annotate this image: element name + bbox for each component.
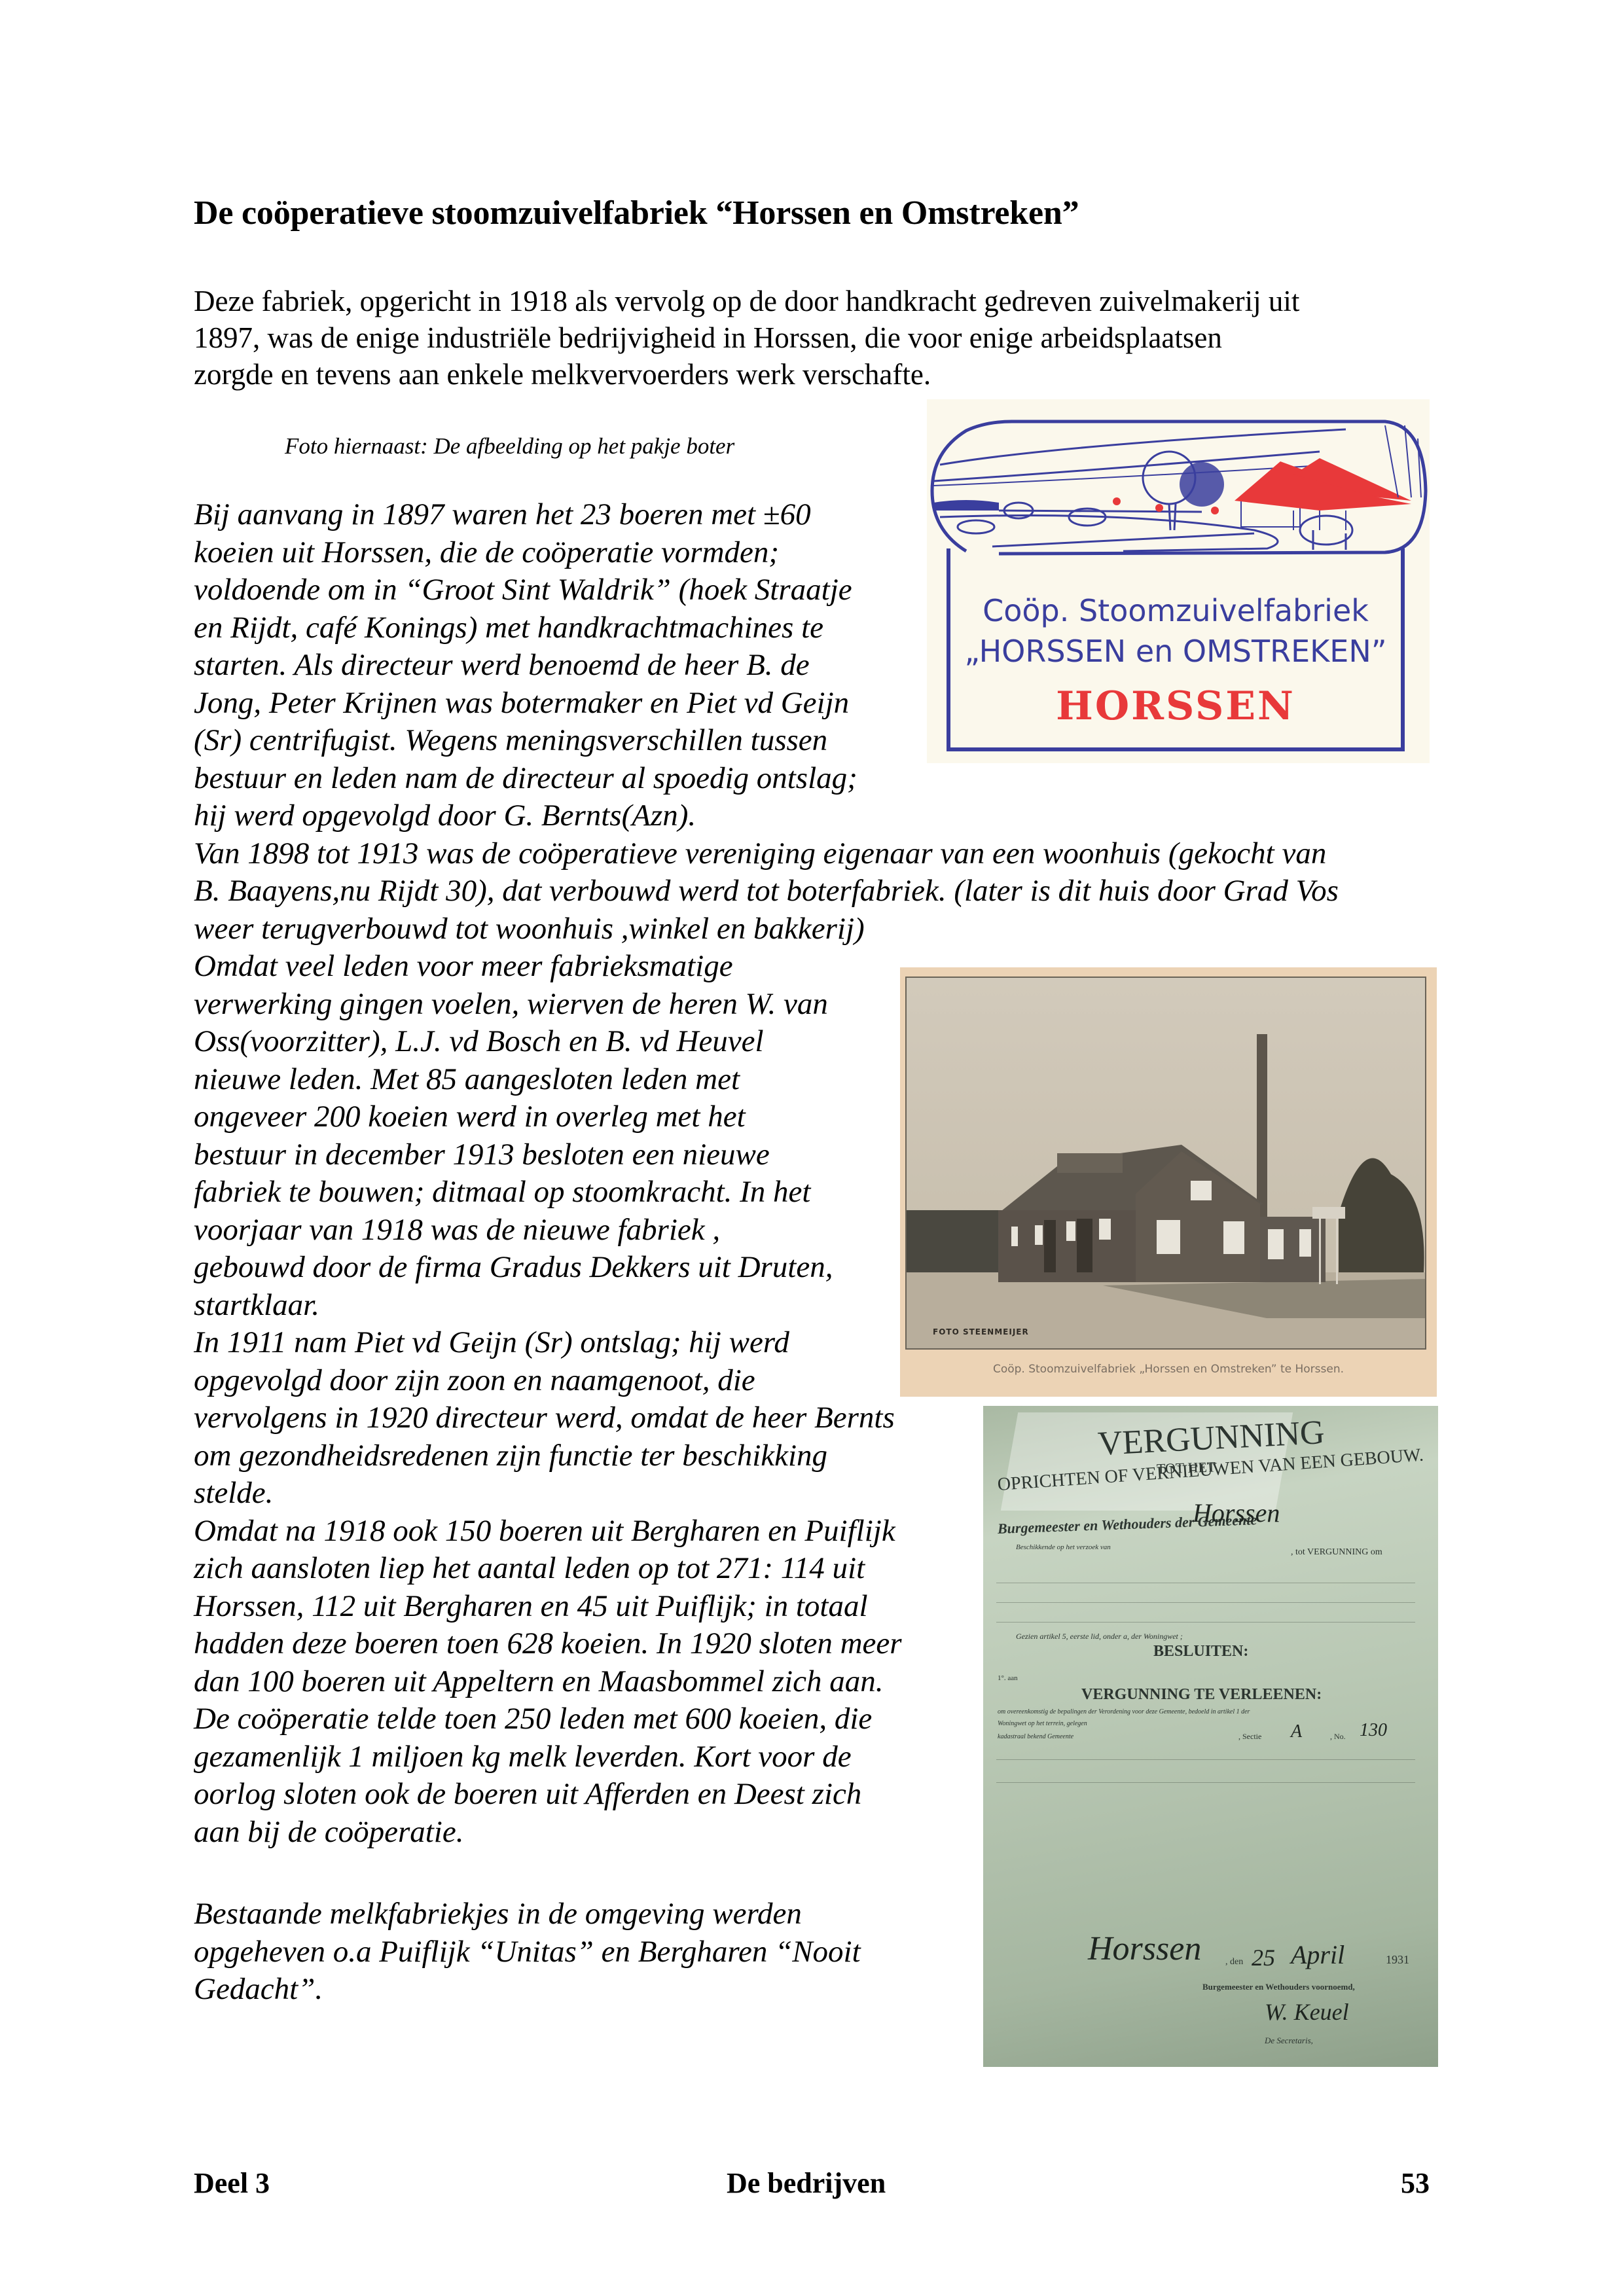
permit-section-value: A <box>1291 1721 1302 1742</box>
permit-signature-mayor: W. Keuel <box>1265 1998 1349 2026</box>
permit-signatory: Burgemeester en Wethouders voornoemd, <box>1202 1982 1355 1992</box>
intro-line: zorgde en tevens aan enkele melkvervoerd… <box>194 356 1437 393</box>
factory-photo-frame: FOTO STEENMEIJER <box>905 977 1426 1350</box>
footer-section: De bedrijven <box>727 2166 886 2200</box>
factory-photo: FOTO STEENMEIJER Coöp. Stoomzuivelfabrie… <box>900 967 1437 1397</box>
butter-label-town: HORSSEN <box>950 683 1401 729</box>
intro-paragraph: Deze fabriek, opgericht in 1918 als verv… <box>194 283 1437 393</box>
permit-decision: BESLUITEN: <box>1153 1643 1248 1660</box>
permit-date-month: April <box>1291 1939 1344 1970</box>
intro-line: 1897, was de enige industriële bedrijvig… <box>194 319 1437 356</box>
permit-date-prefix: , den <box>1225 1957 1243 1967</box>
closing-paragraph: Bestaande melkfabriekjes in de omgeving … <box>194 1895 861 2009</box>
factory-photo-caption: Coöp. Stoomzuivelfabriek „Horssen en Oms… <box>900 1363 1437 1376</box>
photo-caption-note: Foto hiernaast: De afbeelding op het pak… <box>285 433 734 459</box>
closing-line: Gedacht”. <box>194 1971 861 2009</box>
building-permit-photo: VERGUNNING TOT HET OPRICHTEN OF VERNIEUW… <box>983 1406 1438 2067</box>
body-line: bestuur en leden nam de directeur al spo… <box>194 760 1339 798</box>
body-line: weer terugverbouwd tot woonhuis ,winkel … <box>194 910 1339 948</box>
permit-request-suffix: , tot VERGUNNING om <box>1291 1547 1382 1558</box>
butter-package-image: Coöp. Stoomzuivelfabriek „HORSSEN en OMS… <box>927 399 1430 763</box>
body-line: B. Baayens,nu Rijdt 30), dat verbouwd we… <box>194 872 1339 910</box>
butter-label-box: Coöp. Stoomzuivelfabriek „HORSSEN en OMS… <box>947 548 1405 751</box>
closing-line: opgeheven o.a Puiflijk “Unitas” en Bergh… <box>194 1933 861 1971</box>
page-number: 53 <box>1401 2166 1430 2200</box>
intro-line: Deze fabriek, opgericht in 1918 als verv… <box>194 283 1437 319</box>
closing-line: Bestaande melkfabriekjes in de omgeving … <box>194 1895 861 1933</box>
factory-building-illustration <box>907 978 1426 1350</box>
permit-number-value: 130 <box>1360 1720 1387 1741</box>
butter-label-line1: Coöp. Stoomzuivelfabriek <box>950 593 1401 628</box>
footer-part: Deel 3 <box>194 2166 270 2200</box>
permit-terms-2: Woningwet op het terrein, gelegen <box>998 1720 1087 1727</box>
permit-recipient-prefix: 1°. aan <box>998 1674 1018 1682</box>
butter-label-line2: „HORSSEN en OMSTREKEN” <box>950 634 1401 669</box>
permit-terms-3: kadastraal bekend Gemeente <box>998 1733 1074 1740</box>
body-line: Van 1898 tot 1913 was de coöperatieve ve… <box>194 835 1339 873</box>
body-line: hij werd opgevolgd door G. Bernts(Azn). <box>194 797 1339 835</box>
handwritten-place: Horssen <box>1193 1498 1280 1528</box>
permit-number-label: , No. <box>1330 1732 1346 1742</box>
permit-legal-basis: Gezien artikel 5, eerste lid, onder a, d… <box>1016 1632 1183 1641</box>
permit-secretary: De Secretaris, <box>1265 2036 1313 2046</box>
permit-request: Beschikkende op het verzoek van <box>1016 1543 1111 1551</box>
page-title: De coöperatieve stoomzuivelfabriek “Hors… <box>194 194 1079 232</box>
farm-landscape-illustration <box>927 399 1430 556</box>
permit-date-day: 25 <box>1252 1944 1275 1971</box>
permit-signature-place: Horssen <box>1088 1929 1201 1968</box>
photo-credit: FOTO STEENMEIJER <box>933 1327 1029 1336</box>
permit-grant: VERGUNNING TE VERLEENEN: <box>1081 1686 1322 1704</box>
permit-terms-1: om overeenkomstig de bepalingen der Vero… <box>998 1708 1250 1715</box>
permit-section-label: , Sectie <box>1238 1732 1261 1742</box>
permit-date-year: 1931 <box>1386 1953 1409 1967</box>
